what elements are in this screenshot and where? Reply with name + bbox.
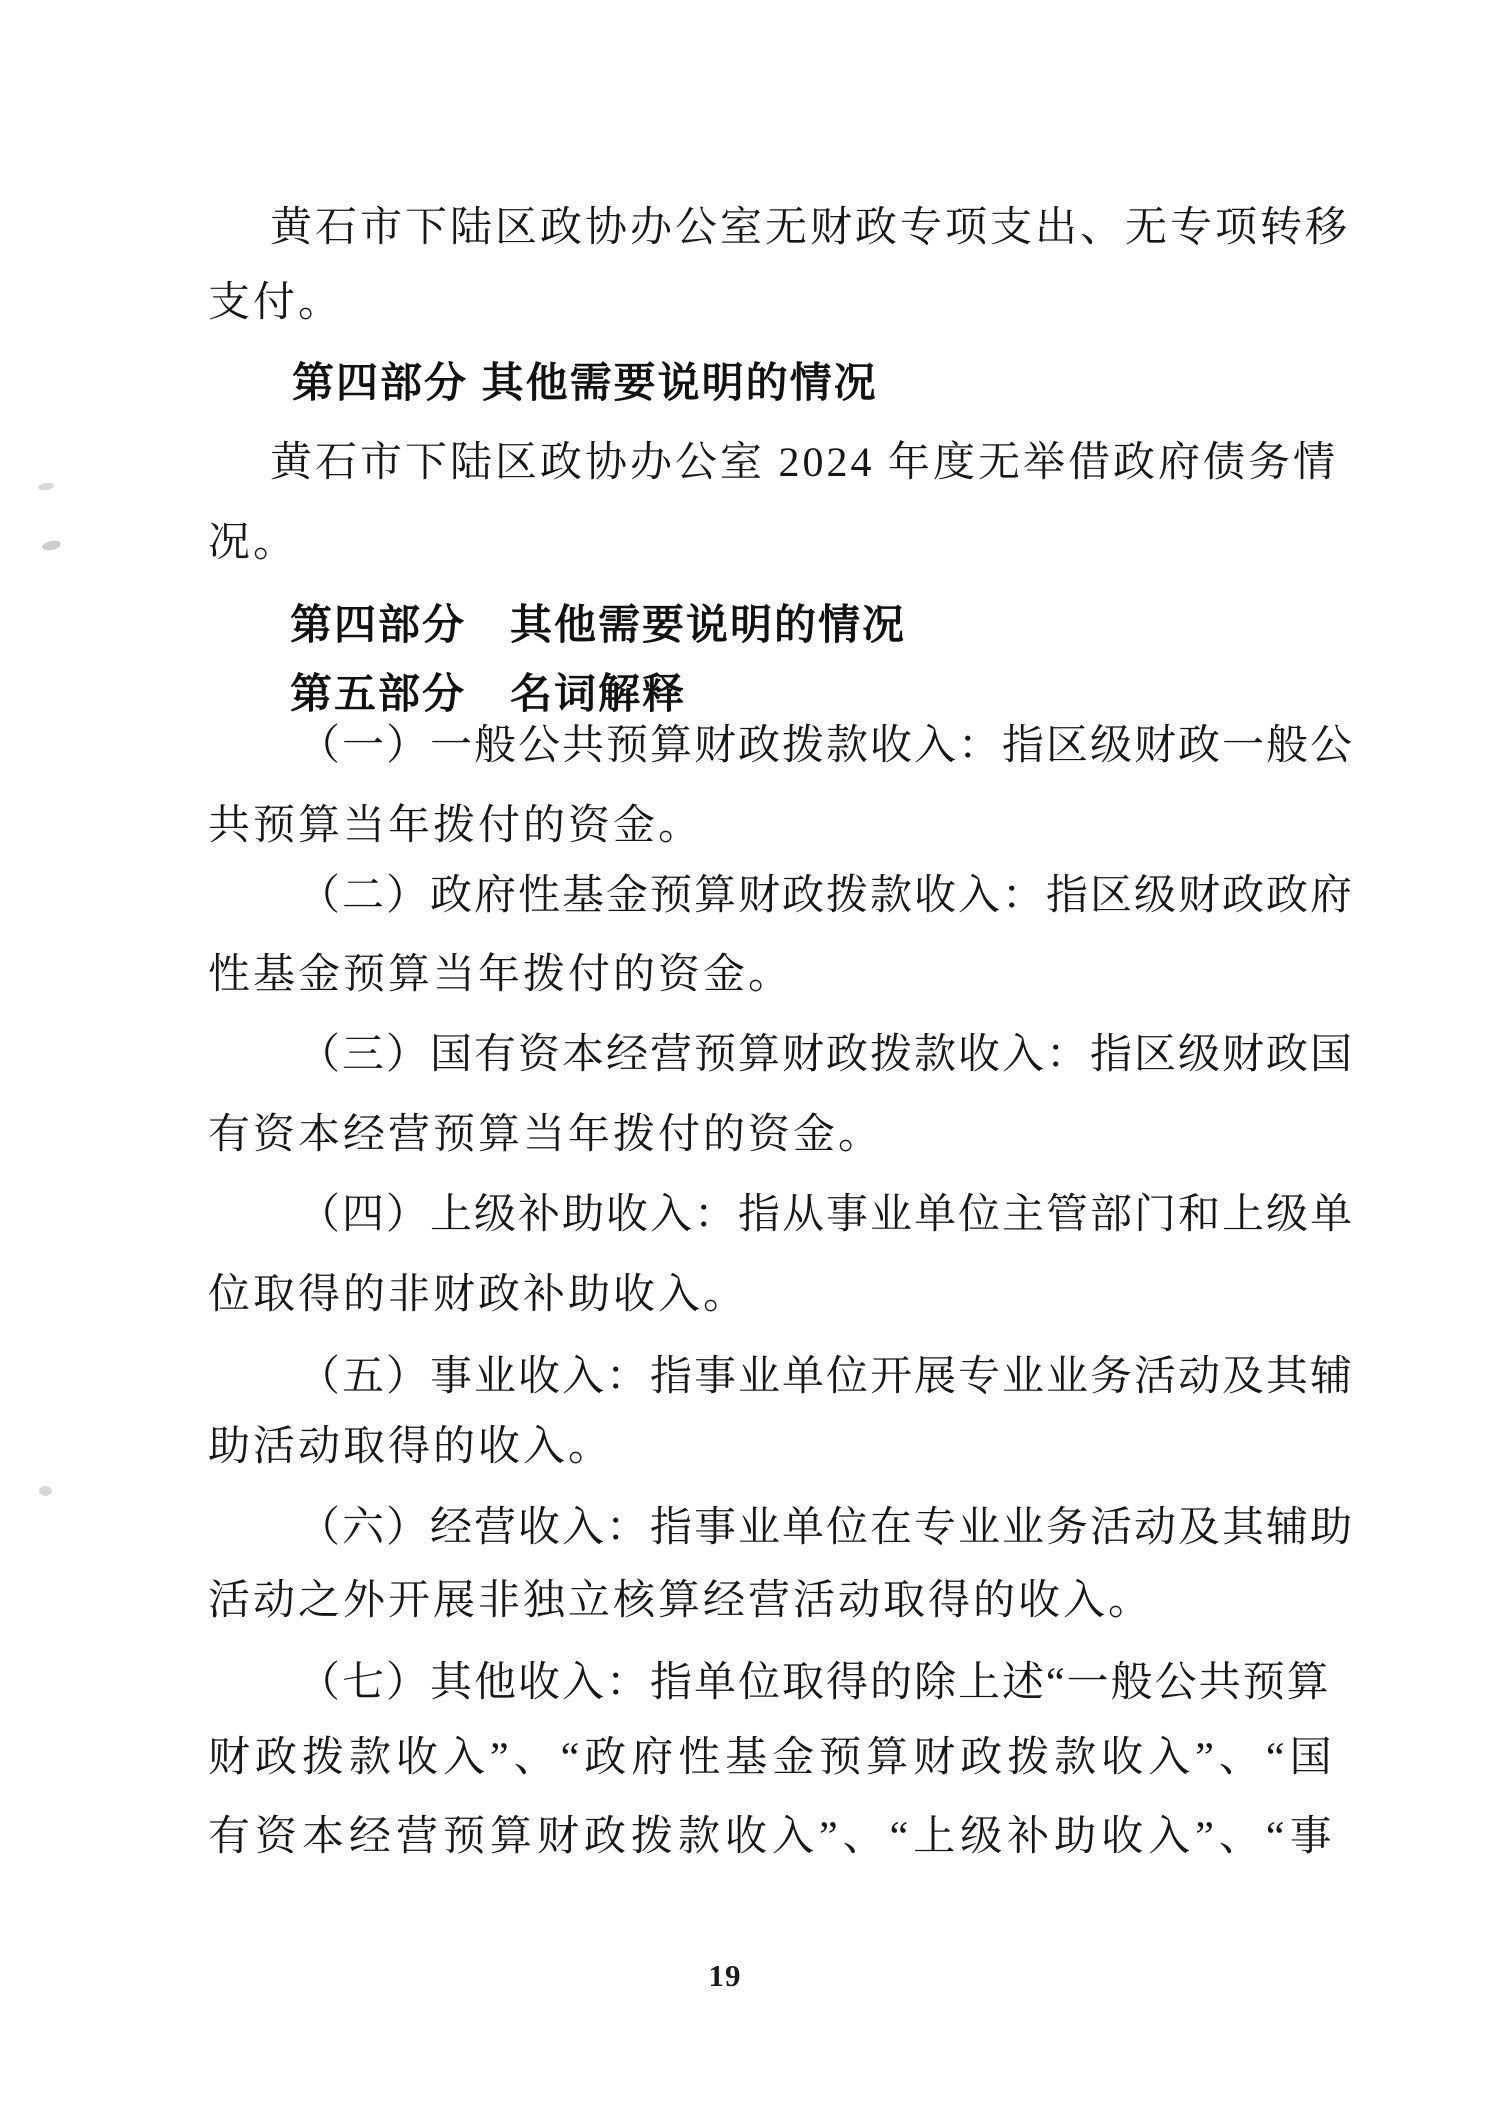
scan-speck [41, 539, 61, 552]
paragraph-line: 黄石市下陆区政协办公室 2024 年度无举借政府债务情 [270, 436, 1338, 490]
definition-line-4: （四）上级补助收入：指从事业单位主管部门和上级单 [298, 1188, 1354, 1242]
paragraph-line: 有资本经营预算财政拨款收入”、“上级补助收入”、“事 [208, 1810, 1337, 1864]
definition-line-2: （二）政府性基金预算财政拨款收入：指区级财政政府 [298, 869, 1354, 923]
definition-line-7: （七）其他收入：指单位取得的除上述“一般公共预算 [298, 1656, 1331, 1710]
document-page: 黄石市下陆区政协办公室无财政专项支出、无专项转移 支付。 第四部分 其他需要说明… [0, 0, 1487, 2102]
paragraph-line: 有资本经营预算当年拨付的资金。 [208, 1108, 883, 1162]
definition-line-6: （六）经营收入：指事业单位在专业业务活动及其辅助 [298, 1501, 1354, 1555]
scan-speck [39, 1486, 52, 1496]
section-heading-part4-repeat: 第四部分 其他需要说明的情况 [290, 598, 906, 652]
paragraph-line: 共预算当年拨付的资金。 [208, 799, 703, 853]
definition-line-5: （五）事业收入：指事业单位开展专业业务活动及其辅 [298, 1350, 1354, 1404]
paragraph-line: 支付。 [208, 276, 343, 330]
paragraph-line: 位取得的非财政补助收入。 [208, 1268, 748, 1322]
scan-speck [38, 482, 55, 491]
paragraph-line: 黄石市下陆区政协办公室无财政专项支出、无专项转移 [270, 201, 1350, 255]
page-number: 19 [660, 1958, 790, 1994]
section-heading-part4: 第四部分 其他需要说明的情况 [292, 356, 878, 410]
definition-line-3: （三）国有资本经营预算财政拨款收入：指区级财政国 [298, 1028, 1354, 1082]
section-heading-part5: 第五部分 名词解释 [290, 667, 686, 721]
definition-line-1: （一）一般公共预算财政拨款收入：指区级财政一般公 [298, 719, 1354, 773]
paragraph-line: 助活动取得的收入。 [208, 1420, 613, 1474]
paragraph-line: 活动之外开展非独立核算经营活动取得的收入。 [208, 1574, 1153, 1628]
paragraph-line: 财政拨款收入”、“政府性基金预算财政拨款收入”、“国 [208, 1731, 1337, 1785]
paragraph-line: 性基金预算当年拨付的资金。 [208, 948, 793, 1002]
paragraph-line: 况。 [208, 516, 298, 570]
